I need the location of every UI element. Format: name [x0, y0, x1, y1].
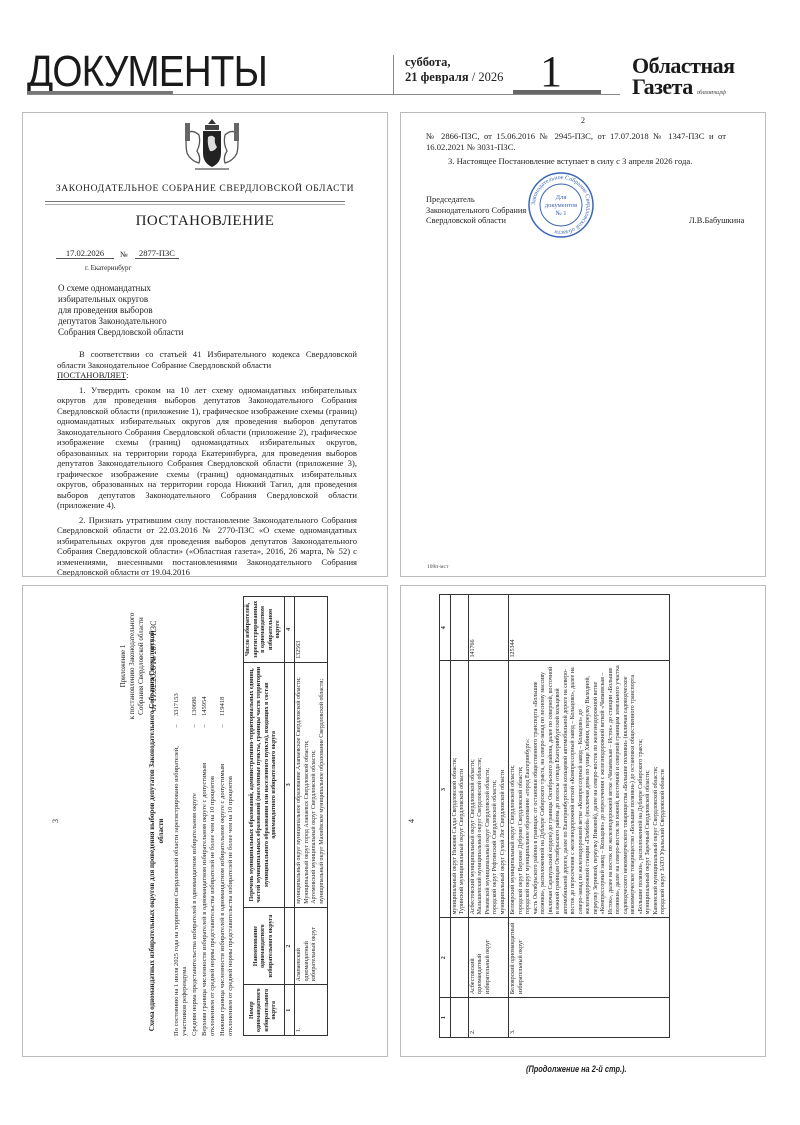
coat-of-arms-icon — [181, 117, 243, 179]
document-date: 17.02.2026 — [56, 248, 114, 259]
column-number: 4 — [284, 597, 295, 663]
issue-weekday: суббота, — [405, 55, 503, 70]
voter-count — [450, 595, 468, 661]
stat-label: По состоянию на 1 июля 2025 года на терр… — [173, 736, 189, 1036]
subject-line: О схеме одномандатных — [58, 283, 184, 294]
page-num: 4 — [407, 586, 416, 1056]
stat-label: Верхняя граница численности избирателей … — [201, 736, 217, 1036]
column-number: 1 — [284, 985, 295, 1036]
section-title: ДОКУМЕНТЫ — [27, 50, 267, 94]
document-city: г. Екатеринбург — [85, 264, 131, 272]
district-name: Алапаевский одномандатный избирательный … — [295, 907, 328, 985]
item-3: 3. Настоящее Постановление вступает в си… — [426, 156, 726, 167]
signer-name: Л.В.Бабушкина — [689, 216, 744, 225]
stat-value: 119418 — [219, 656, 235, 716]
column-number: 3 — [440, 661, 451, 918]
document-body: В соответствии со статьей 41 Избирательн… — [57, 349, 357, 577]
number-label: № — [120, 250, 128, 259]
table-row: 3.Белоярский одномандатный избирательный… — [509, 595, 670, 1038]
signer-title-line: Председатель — [426, 195, 526, 206]
appendix-line: Собрания Свердловской области — [137, 606, 146, 726]
voter-count: 141766 — [468, 595, 509, 661]
svg-text:№ 1: № 1 — [555, 210, 566, 217]
stat-value: 3317153 — [173, 656, 189, 716]
stat-row: Средняя норма представительства избирате… — [191, 616, 199, 1036]
district-number — [450, 998, 468, 1038]
subject-line: депутатов Законодательного — [58, 316, 184, 327]
footer-code: 109п-мст — [427, 564, 448, 570]
document-page-3: 3 Приложение 1 к постановлению Законодат… — [22, 585, 388, 1057]
masthead-rule — [27, 94, 405, 95]
masthead-divider — [393, 55, 394, 95]
logo-site: облгазета.рф — [697, 90, 726, 96]
subject-line: избирательных округов — [58, 294, 184, 305]
document-number: 2877-ПЗС — [135, 248, 179, 259]
signer-title-line: Законодательного Собрания — [426, 206, 526, 217]
column-number: 2 — [284, 907, 295, 985]
item-1: 1. Утвердить сроком на 10 лет схему одно… — [57, 385, 357, 511]
voter-count: 125344 — [509, 595, 670, 661]
stat-label: Средняя норма представительства избирате… — [191, 736, 199, 1036]
document-type: ПОСТАНОВЛЕНИЕ — [23, 213, 387, 230]
column-number: 3 — [284, 662, 295, 907]
stat-value: 130686 — [191, 656, 199, 716]
district-areas: Белоярский муниципальный округ Свердловс… — [509, 661, 670, 918]
district-number: 1. — [295, 985, 328, 1036]
signer-title: Председатель Законодательного Собрания С… — [426, 195, 526, 227]
issue-date: суббота, 21 февраля / 2026 — [405, 55, 503, 85]
voter-stats: По состоянию на 1 июля 2025 года на терр… — [173, 616, 237, 1036]
table-row: муниципальный округ Нижняя Салда Свердло… — [450, 595, 468, 1038]
masthead-rule-right — [405, 94, 620, 95]
item-2: 2. Признать утратившим силу постановлени… — [57, 515, 357, 578]
logo-line2: Газета — [632, 74, 693, 99]
svg-text:Для: Для — [556, 194, 567, 201]
column-number: 1 — [440, 998, 451, 1038]
preamble-text: В соответствии со статьей 41 Избирательн… — [57, 349, 357, 370]
column-header: Наименование одномандатного избирательно… — [244, 907, 285, 985]
column-number: 2 — [440, 918, 451, 998]
stat-row: По состоянию на 1 июля 2025 года на терр… — [173, 616, 189, 1036]
district-number: 2. — [468, 998, 509, 1038]
document-subject: О схеме одномандатных избирательных окру… — [58, 283, 184, 338]
district-name — [450, 918, 468, 998]
column-header: Число избирателей, зарегистрированных в … — [244, 597, 285, 663]
document-body: № 2866-ПЗС, от 15.06.2016 № 2945-ПЗС, от… — [426, 131, 726, 171]
continuation-note: (Продолжение на 2-й стр.). — [526, 1064, 627, 1074]
scheme-title: Схема одномандатных избирательных округо… — [148, 626, 166, 1036]
signer-title-line: Свердловской области — [426, 216, 526, 227]
stat-value: 145954 — [201, 656, 217, 716]
districts-table: 1234муниципальный округ Нижняя Салда Све… — [439, 594, 670, 1038]
districts-table: Номер одномандатного избирательного окру… — [243, 596, 328, 1036]
stat-dash: – — [201, 716, 217, 736]
official-seal-icon: Законодательное Собрание Свердловской об… — [527, 171, 595, 239]
stat-dash: – — [173, 716, 189, 736]
document-page-4: 4 1234муниципальный округ Нижняя Салда С… — [400, 585, 766, 1057]
preamble: В соответствии со статьей 41 Избирательн… — [57, 349, 357, 381]
column-number-row: 1234 — [284, 597, 295, 1036]
logo-line1: Областная — [632, 55, 735, 76]
appendix-line: к постановлению Законодательного — [128, 606, 137, 726]
document-page-1: ЗАКОНОДАТЕЛЬНОЕ СОБРАНИЕ СВЕРДЛОВСКОЙ ОБ… — [22, 112, 388, 577]
newspaper-logo: Областная Газетаоблгазета.рф — [632, 55, 735, 104]
rotated-page-content: 4 1234муниципальный округ Нижняя Салда С… — [401, 586, 765, 1056]
subject-line: Собрания Свердловской области — [58, 327, 184, 338]
column-header: Номер одномандатного избирательного окру… — [244, 985, 285, 1036]
district-name: Асбестовский одномандатный избирательный… — [468, 918, 509, 998]
table-row: 1.Алапаевский одномандатный избирательны… — [295, 597, 328, 1036]
stat-row: Нижняя граница численности избирателей в… — [219, 616, 235, 1036]
issue-year: / 2026 — [472, 70, 504, 84]
column-header: Перечень муниципальных образований, адми… — [244, 662, 285, 907]
organization-name: ЗАКОНОДАТЕЛЬНОЕ СОБРАНИЕ СВЕРДЛОВСКОЙ ОБ… — [23, 183, 387, 194]
continuation-text: № 2866-ПЗС, от 15.06.2016 № 2945-ПЗС, от… — [426, 131, 726, 152]
district-areas: муниципальный округ муниципальное образо… — [295, 662, 328, 907]
column-number-row: 1234 — [440, 595, 451, 1038]
table-header-row: Номер одномандатного избирательного окру… — [244, 597, 285, 1036]
stat-dash: – — [191, 716, 199, 736]
voter-count: 132563 — [295, 597, 328, 663]
act-word: ПОСТАНОВЛЯЕТ — [57, 370, 126, 380]
table-row: 2.Асбестовский одномандатный избирательн… — [468, 595, 509, 1038]
page-num: 3 — [51, 586, 60, 1056]
page-number: 1 — [540, 50, 562, 94]
stat-label: Нижняя граница численности избирателей в… — [219, 736, 235, 1036]
district-areas: Асбестовский муниципальный округ Свердло… — [468, 661, 509, 918]
appendix-line: Приложение 1 — [119, 606, 128, 726]
header-rule — [45, 201, 345, 205]
subject-line: для проведения выборов — [58, 305, 184, 316]
page-num: 2 — [401, 116, 765, 125]
column-number: 4 — [440, 595, 451, 661]
district-number: 3. — [509, 998, 670, 1038]
district-areas: муниципальный округ Нижняя Салда Свердло… — [450, 661, 468, 918]
stat-dash: – — [219, 716, 235, 736]
district-name: Белоярский одномандатный избирательный о… — [509, 918, 670, 998]
issue-day: 21 февраля — [405, 70, 469, 84]
svg-text:документов: документов — [545, 202, 577, 209]
stat-row: Верхняя граница численности избирателей … — [201, 616, 217, 1036]
rotated-page-content: 3 Приложение 1 к постановлению Законодат… — [23, 586, 387, 1056]
document-page-2: 2 № 2866-ПЗС, от 15.06.2016 № 2945-ПЗС, … — [400, 112, 766, 577]
